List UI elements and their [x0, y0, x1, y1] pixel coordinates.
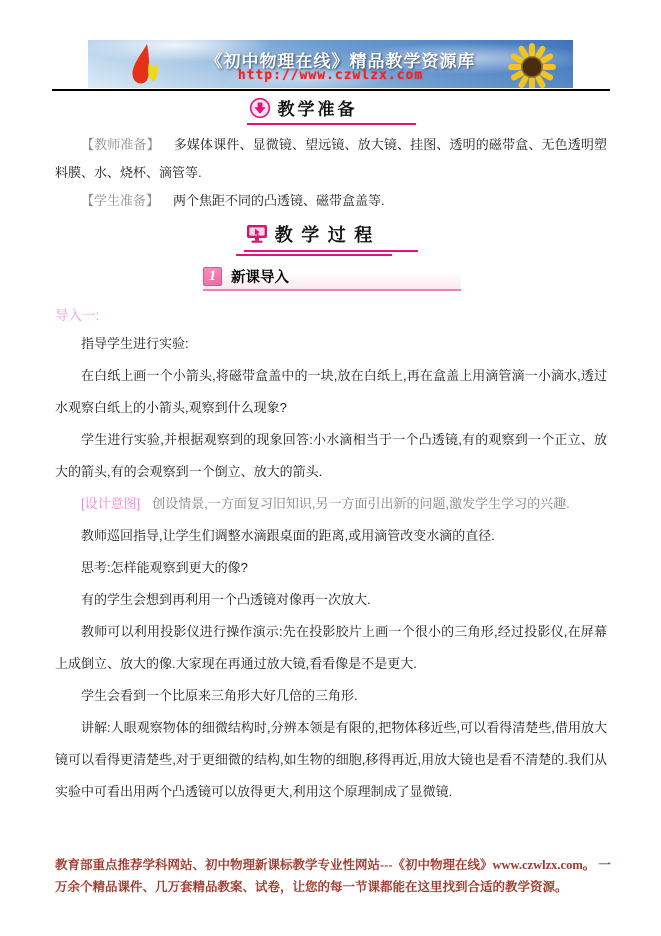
process-section-title: 教 学 过 程	[275, 221, 375, 247]
monitor-icon	[246, 224, 268, 244]
lesson-intro-heading: 1 新课导入	[203, 264, 461, 291]
document-page: 《初中物理在线》精品教学资源库 http://www.czwlzx.com	[0, 0, 661, 936]
lesson-content: 指导学生进行实验: 在白纸上画一个小箭头,将磁带盒盖中的一块,放在白纸上,再在盒…	[55, 328, 607, 808]
prep-section-title: 教学准备	[278, 95, 358, 120]
footer-promo-text: 教育部重点推荐学科网站、初中物理新课标教学专业性网站---《初中物理在线》www…	[55, 854, 615, 898]
download-arrow-circle-icon	[249, 97, 271, 119]
design-intent-text: 创设情景,一方面复习旧知识,另一方面引出新的问题,激发学生学习的兴趣.	[152, 496, 569, 511]
design-intent-note: [设计意图]创设情景,一方面复习旧知识,另一方面引出新的问题,激发学生学习的兴趣…	[55, 488, 607, 520]
paragraph: 有的学生会想到再利用一个凸透镜对像再一次放大.	[55, 584, 607, 616]
teacher-prep-paragraph: 【教师准备】多媒体课件、显微镜、望远镜、放大镜、挂图、透明的磁带盒、无色透明塑料…	[55, 131, 607, 187]
student-prep-paragraph: 【学生准备】两个焦距不同的凸透镜、磁带盒盖等.	[55, 187, 607, 215]
intro-one-label: 导入一:	[55, 304, 607, 324]
paragraph: 在白纸上画一个小箭头,将磁带盒盖中的一块,放在白纸上,再在盒盖上用滴管滴一小滴水…	[55, 360, 607, 424]
sunflower-image	[499, 40, 565, 88]
student-prep-text: 两个焦距不同的凸透镜、磁带盒盖等.	[173, 193, 385, 208]
paragraph: 教师可以利用投影仪进行操作演示:先在投影胶片上画一个很小的三角形,经过投影仪,在…	[55, 616, 607, 680]
paragraph: 学生进行实验,并根据观察到的现象回答:小水滴相当于一个凸透镜,有的观察到一个正立…	[55, 424, 607, 488]
paragraph: 指导学生进行实验:	[55, 328, 607, 360]
student-prep-label: 【学生准备】	[81, 193, 159, 208]
prep-section-header: 教学准备	[247, 95, 416, 125]
design-intent-label: [设计意图]	[81, 496, 140, 511]
banner-divider	[52, 89, 610, 91]
paragraph: 讲解:人眼观察物体的细微结构时,分辨本领是有限的,把物体移近些,可以看得清楚些,…	[55, 712, 607, 808]
paragraph: 教师巡回指导,让学生们调整水滴跟桌面的距离,或用滴管改变水滴的直径.	[55, 520, 607, 552]
paragraph: 思考:怎样能观察到更大的像?	[55, 552, 607, 584]
section-number-badge: 1	[203, 267, 222, 286]
document-body: 教学准备 【教师准备】多媒体课件、显微镜、望远镜、放大镜、挂图、透明的磁带盒、无…	[55, 95, 607, 808]
lesson-intro-title: 新课导入	[231, 266, 289, 287]
paragraph: 学生会看到一个比原来三角形大好几倍的三角形.	[55, 680, 607, 712]
teacher-prep-label: 【教师准备】	[81, 137, 160, 152]
process-section-header: 教 学 过 程	[244, 221, 419, 252]
site-banner: 《初中物理在线》精品教学资源库 http://www.czwlzx.com	[88, 40, 573, 88]
